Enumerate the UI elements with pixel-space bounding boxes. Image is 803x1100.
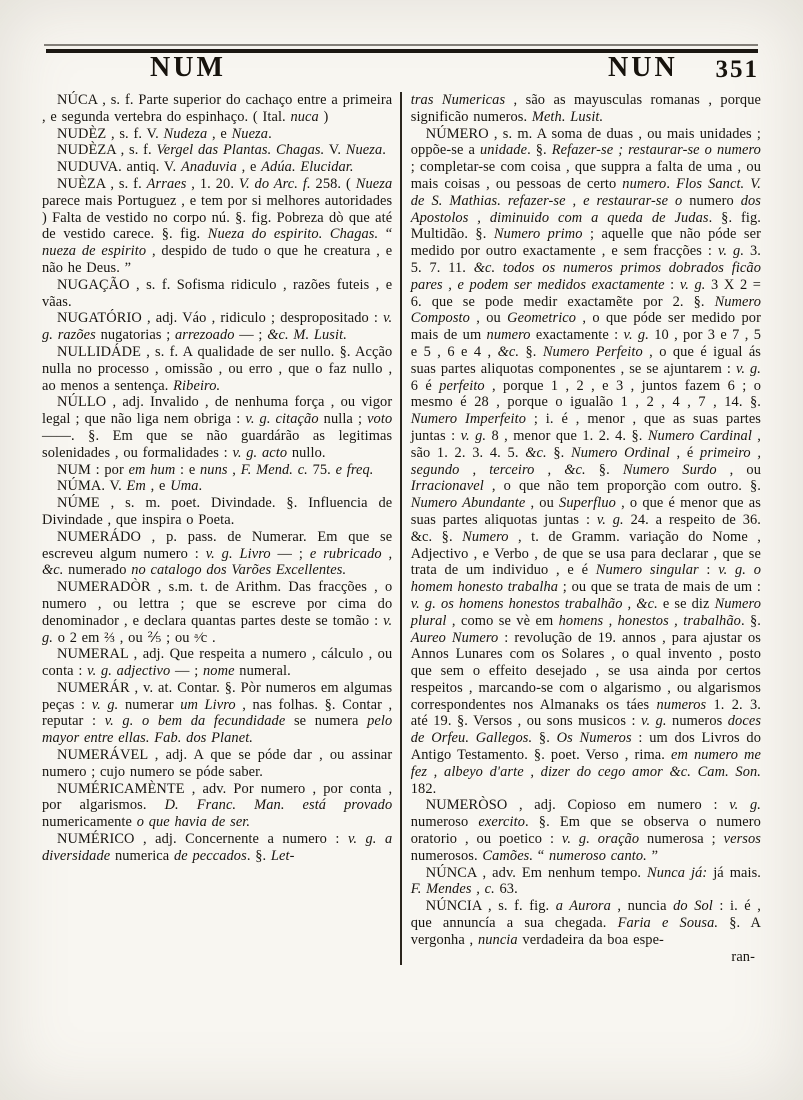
entry-text: . xyxy=(268,126,272,142)
entry-italic-text: v. g. xyxy=(729,797,761,813)
entry-italic-text: arrezoado xyxy=(175,327,235,343)
dictionary-entry: NÚLLO , adj. Invalido , de nenhuma força… xyxy=(42,394,392,461)
entry-text: , nuncia xyxy=(611,898,673,914)
entry-text: NUGATÓRIO , adj. Váo , ridiculo ; despro… xyxy=(57,310,383,326)
entry-italic-text: v. g. adjectivo xyxy=(87,663,170,679)
entry-text: nugatorias ; xyxy=(96,327,175,343)
page-number: 351 xyxy=(716,56,760,84)
entry-italic-text: do Sol xyxy=(673,898,713,914)
dictionary-entry: NUMERÁDO , p. pass. de Numerar. Em que s… xyxy=(42,529,392,579)
entry-text: numerosos. xyxy=(411,848,483,864)
entry-text: NUM : por xyxy=(57,462,129,478)
entry-text: se numera xyxy=(285,713,367,729)
dictionary-entry: NUMERADÒR , s.m. t. de Arithm. Das fracç… xyxy=(42,579,392,646)
entry-italic-text: o que havia de ser. xyxy=(137,814,250,830)
entry-italic-text: Nunca já: xyxy=(647,865,707,881)
entry-text: NUMERADÒR , s.m. t. de Arithm. Das fracç… xyxy=(42,579,392,629)
entry-text: nulla ; xyxy=(319,411,367,427)
running-head: NUM NUN 351 xyxy=(0,50,803,90)
entry-italic-text: nuncia xyxy=(478,932,518,948)
entry-text: numerado xyxy=(63,562,131,578)
entry-text: NUDUVA. antiq. V. xyxy=(57,159,181,175)
entry-italic-text: homens , honestos , trabalhão xyxy=(559,613,741,629)
entry-italic-text: numeros xyxy=(656,697,706,713)
running-head-left-section: NUM xyxy=(150,52,226,84)
dictionary-entry: NÚNCIA , s. f. fig. a Aurora , nuncia do… xyxy=(411,898,761,948)
dictionary-entry: tras Numericas , são as mayusculas roman… xyxy=(411,92,761,126)
entry-text: ” xyxy=(647,848,658,864)
entry-text: “ xyxy=(378,226,392,242)
dictionary-entry: NUGAÇÃO , s. f. Sofisma ridiculo , razõe… xyxy=(42,277,392,311)
entry-text: . xyxy=(199,478,203,494)
entry-italic-text: v. g. oração xyxy=(562,831,639,847)
entry-text: §. xyxy=(547,445,571,461)
dictionary-entry: NUGATÓRIO , adj. Váo , ridiculo ; despro… xyxy=(42,310,392,344)
entry-text: numerosa ; xyxy=(639,831,723,847)
entry-text: NÚNCIA , s. f. fig. xyxy=(426,898,556,914)
entry-italic-text: Irracionavel xyxy=(411,478,484,494)
entry-italic-text: Faria e Sousa. xyxy=(618,915,719,931)
column-left: NÚCA , s. f. Parte superior do cachaço e… xyxy=(42,92,400,965)
entry-italic-text: Camões. xyxy=(482,848,533,864)
text-columns: NÚCA , s. f. Parte superior do cachaço e… xyxy=(42,92,761,965)
running-head-right-section: NUN xyxy=(608,52,678,84)
entry-italic-text: Vergel das Plantas. Chagas. xyxy=(156,142,324,158)
entry-text: NÚMA. V. xyxy=(57,478,127,494)
entry-text: . xyxy=(666,176,676,192)
entry-text: NÚCA , s. f. Parte superior do cachaço e… xyxy=(42,92,392,125)
entry-text: NÚNCA , adv. Em nenhum tempo. xyxy=(426,865,647,881)
entry-text: , e xyxy=(237,159,261,175)
entry-italic-text: Refazer-se ; restaurar-se o numero xyxy=(552,142,761,158)
entry-italic-text: Arraes xyxy=(147,176,187,192)
entry-text: §. xyxy=(586,462,623,478)
entry-text: numericamente xyxy=(42,814,137,830)
entry-italic-text: nuns xyxy=(200,462,228,478)
entry-text: 6 é xyxy=(411,378,439,394)
entry-text: ) xyxy=(319,109,329,125)
dictionary-entry: NULLIDÁDE , s. f. A qualidade de ser nul… xyxy=(42,344,392,394)
entry-text: NÚME , s. m. poet. Divindade. §. Influen… xyxy=(42,495,392,528)
entry-italic-text: v. g. xyxy=(736,361,761,377)
entry-text: , o que não tem proporção com outro. §. xyxy=(484,478,761,494)
entry-italic-text: v. g. xyxy=(92,697,119,713)
entry-italic-text: F. Mend. c. xyxy=(241,462,308,478)
entry-italic-text: &c. xyxy=(498,344,519,360)
header-rule-thin xyxy=(44,44,758,46)
entry-italic-text: Numero Cardinal xyxy=(648,428,752,444)
dictionary-entry: NUDÈZ , s. f. V. Nudeza , e Nueza. xyxy=(42,126,392,143)
dictionary-entry: NUMÉRICO , adj. Concernente a numero : v… xyxy=(42,831,392,865)
entry-italic-text: numero xyxy=(487,327,531,343)
entry-italic-text: Geometrico xyxy=(507,310,576,326)
entry-italic-text: Numero Imperfeito xyxy=(411,411,526,427)
entry-italic-text: v. g. xyxy=(624,327,649,343)
entry-italic-text: &c. M. Lusit. xyxy=(267,327,347,343)
dictionary-entry: NUMÉRICAMÈNTE , adv. Por numero , por co… xyxy=(42,781,392,831)
entry-text: numero xyxy=(682,193,740,209)
entry-italic-text: Nueza xyxy=(232,126,268,142)
dictionary-entry: NÚME , s. m. poet. Divindade. §. Influen… xyxy=(42,495,392,529)
entry-italic-text: voto xyxy=(367,411,392,427)
entry-italic-text: Em xyxy=(127,478,146,494)
entry-text: 258. ( xyxy=(311,176,356,192)
dictionary-entry: NUMERAL , adj. Que respeita a numero , c… xyxy=(42,646,392,680)
entry-text: NUDÈZA , s. f. xyxy=(57,142,156,158)
entry-italic-text: e freq. xyxy=(336,462,374,478)
dictionary-entry: NÚCA , s. f. Parte superior do cachaço e… xyxy=(42,92,392,126)
entry-text: verdadeira da boa espe- xyxy=(518,932,664,948)
entry-italic-text: &c. xyxy=(525,445,546,461)
entry-italic-text: Ribeiro. xyxy=(173,378,220,394)
entry-italic-text: Numero Ordinal xyxy=(571,445,670,461)
entry-text: V. xyxy=(324,142,345,158)
entry-italic-text: D. Franc. Man. está provado xyxy=(165,797,393,813)
entry-text: , 1. 20. xyxy=(186,176,238,192)
entry-text: NUÈZA , s. f. xyxy=(57,176,147,192)
entry-text: . xyxy=(382,142,386,158)
entry-italic-text: nueza de espirito xyxy=(42,243,146,259)
entry-text: ; ou que se trata de mais de um : xyxy=(558,579,761,595)
entry-italic-text: a Aurora xyxy=(556,898,611,914)
entry-italic-text: v. g. citação xyxy=(245,411,318,427)
entry-italic-text: V. do Arc. f. xyxy=(239,176,311,192)
entry-italic-text: Adúa. Elucidar. xyxy=(261,159,353,175)
entry-italic-text: perfeito xyxy=(439,378,485,394)
entry-italic-text: Superfluo xyxy=(559,495,616,511)
entry-text: NUMÉRICO , adj. Concernente a numero : xyxy=(57,831,348,847)
entry-italic-text: v. g. acto xyxy=(232,445,287,461)
entry-text: numerica xyxy=(110,848,174,864)
dictionary-entry: NUDUVA. antiq. V. Anaduvia , e Adúa. Elu… xyxy=(42,159,392,176)
entry-text: , como se vè em xyxy=(447,613,559,629)
dictionary-entry: NUÈZA , s. f. Arraes , 1. 20. V. do Arc.… xyxy=(42,176,392,277)
entry-text: : xyxy=(665,277,680,293)
entry-text: e se diz xyxy=(658,596,715,612)
entry-italic-text: versos xyxy=(724,831,761,847)
entry-italic-text: numero xyxy=(622,176,666,192)
entry-italic-text: Numero Surdo xyxy=(623,462,717,478)
column-right: tras Numericas , são as mayusculas roman… xyxy=(402,92,761,965)
entry-italic-text: de peccados xyxy=(174,848,247,864)
dictionary-entry: NUMERÁR , v. at. Contar. §. Pòr numeros … xyxy=(42,680,392,747)
entry-italic-text: v. g. Livro xyxy=(206,546,271,562)
entry-italic-text: Nueza do espirito. Chagas. xyxy=(208,226,378,242)
entry-text: §. xyxy=(519,344,543,360)
entry-text: NUMERÒSO , adj. Copioso em numero : xyxy=(426,797,729,813)
entry-italic-text: Aureo Numero xyxy=(411,630,499,646)
entry-text: — ; xyxy=(170,663,203,679)
dictionary-entry: NUDÈZA , s. f. Vergel das Plantas. Chaga… xyxy=(42,142,392,159)
entry-italic-text: nuca xyxy=(290,109,318,125)
entry-text: ——. §. Em que se não guardárão as legiti… xyxy=(42,428,392,461)
entry-text: 63. xyxy=(495,881,518,897)
entry-text: já mais. xyxy=(707,865,761,881)
dictionary-entry: NÚMA. V. Em , e Uma. xyxy=(42,478,392,495)
dictionary-entry: NUMERÒSO , adj. Copioso em numero : v. g… xyxy=(411,797,761,864)
entry-italic-text: Numero primo xyxy=(494,226,583,242)
entry-text: numeros xyxy=(667,713,728,729)
entry-italic-text: Numero singular xyxy=(596,562,699,578)
entry-italic-text: v. g. xyxy=(597,512,624,528)
entry-text: exactamente : xyxy=(531,327,624,343)
catchword: ran- xyxy=(411,949,761,966)
entry-italic-text: tras Numericas xyxy=(411,92,505,108)
dictionary-scanned-page: NUM NUN 351 NÚCA , s. f. Parte superior … xyxy=(0,0,803,1100)
entry-text: , ou xyxy=(717,462,761,478)
entry-text: — ; xyxy=(235,327,268,343)
entry-text: , ou xyxy=(470,310,507,326)
entry-text: . §. xyxy=(527,142,552,158)
entry-italic-text: Os Numeros xyxy=(557,730,632,746)
entry-text: 8 , menor que 1. 2. 4. §. xyxy=(486,428,648,444)
entry-italic-text: Anaduvia xyxy=(181,159,237,175)
entry-italic-text: Numero Abundante xyxy=(411,495,526,511)
entry-text: o 2 em ⅔ , ou ⅖ ; ou ᵃ⁄c . xyxy=(53,630,216,646)
entry-text: “ xyxy=(533,848,549,864)
entry-text: , e xyxy=(146,478,170,494)
entry-italic-text: numeroso canto. xyxy=(549,848,647,864)
entry-italic-text: em hum xyxy=(129,462,176,478)
entry-text: 75. xyxy=(308,462,336,478)
entry-italic-text: v. g. o bem da fecundidade xyxy=(105,713,286,729)
entry-italic-text: um Livro xyxy=(180,697,236,713)
entry-italic-text: no catalogo dos Varões Excellentes. xyxy=(131,562,346,578)
dictionary-entry: NUMERÁVEL , adj. A que se póde dar , ou … xyxy=(42,747,392,781)
entry-text: NUDÈZ , s. f. V. xyxy=(57,126,164,142)
entry-italic-text: exercito xyxy=(478,814,525,830)
entry-text: , ou xyxy=(525,495,559,511)
entry-italic-text: Meth. Lusit. xyxy=(532,109,603,125)
entry-italic-text: nome xyxy=(203,663,235,679)
entry-text: numeroso xyxy=(411,814,479,830)
entry-italic-text: v. g. os homens honestos trabalhão , &c. xyxy=(411,596,658,612)
entry-italic-text: Nueza xyxy=(356,176,392,192)
entry-text: numerar xyxy=(118,697,180,713)
entry-italic-text: v. g. xyxy=(641,713,667,729)
entry-italic-text: Numero xyxy=(462,529,508,545)
entry-italic-text: Nueza xyxy=(346,142,382,158)
entry-italic-text: Nudeza xyxy=(164,126,208,142)
dictionary-entry: NÚNCA , adv. Em nenhum tempo. Nunca já: … xyxy=(411,865,761,899)
entry-text: . §. xyxy=(741,613,761,629)
entry-italic-text: Uma xyxy=(170,478,198,494)
entry-italic-text: unidade xyxy=(480,142,527,158)
entry-italic-text: v. g. xyxy=(718,243,744,259)
entry-italic-text: Let- xyxy=(271,848,295,864)
entry-text: , xyxy=(228,462,241,478)
entry-italic-text: v. g. xyxy=(461,428,487,444)
entry-italic-text: v. g. xyxy=(680,277,706,293)
entry-text: NUMERÁVEL , adj. A que se póde dar , ou … xyxy=(42,747,392,780)
entry-text: §. xyxy=(532,730,556,746)
entry-text: numeral. xyxy=(235,663,291,679)
entry-text: 182. xyxy=(411,781,437,797)
dictionary-entry: NÚMERO , s. m. A soma de duas , ou mais … xyxy=(411,126,761,798)
entry-text: , é xyxy=(670,445,700,461)
entry-italic-text: F. Mendes , c. xyxy=(411,881,495,897)
entry-text: : xyxy=(699,562,719,578)
dictionary-entry: NUM : por em hum : e nuns , F. Mend. c. … xyxy=(42,462,392,479)
entry-text: nullo. xyxy=(287,445,325,461)
entry-text: NUGAÇÃO , s. f. Sofisma ridiculo , razõe… xyxy=(42,277,392,310)
entry-text: , e xyxy=(207,126,231,142)
entry-text: : e xyxy=(175,462,200,478)
entry-italic-text: Numero Perfeito xyxy=(543,344,643,360)
entry-text: — ; xyxy=(271,546,310,562)
entry-text: . §. xyxy=(247,848,271,864)
